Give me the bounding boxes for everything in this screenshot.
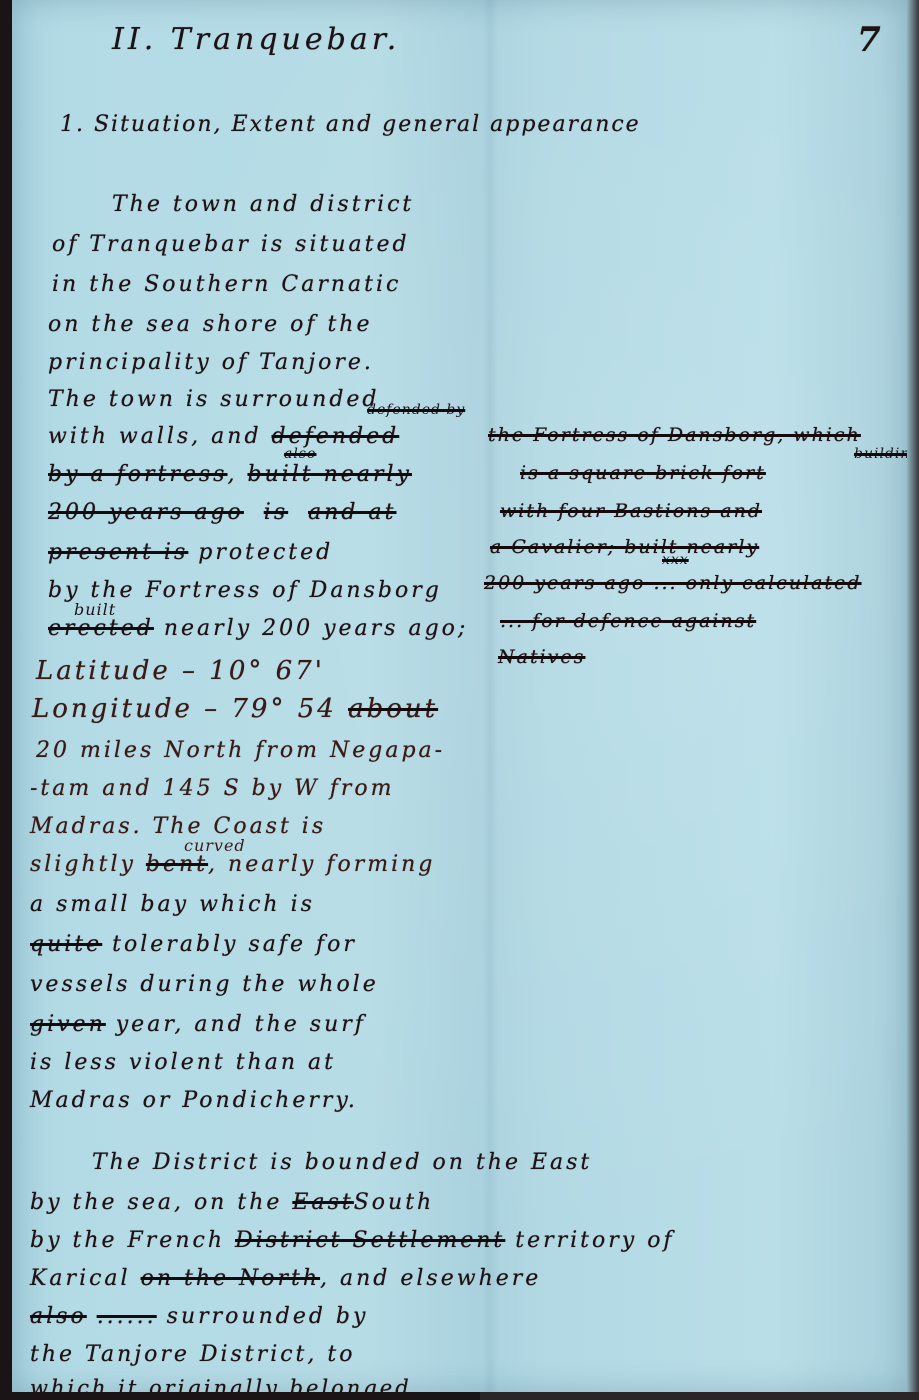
text-line: present is protected	[48, 540, 333, 565]
text-line: is less violent than at	[30, 1050, 336, 1075]
right-column-line: the Fortress of Dansborg, which	[488, 424, 861, 446]
text-line: The town and district	[112, 192, 414, 217]
text-line: slightly bent, nearly forming	[30, 852, 435, 877]
manuscript-page: II. Tranquebar. 7 1. Situation, Extent a…	[12, 0, 907, 1392]
insertion-struck: also	[284, 446, 316, 462]
struck-word: quite	[30, 932, 102, 957]
struck-word: bent	[146, 852, 208, 877]
text-line: also ...... surrounded by	[30, 1304, 368, 1329]
text-line: 200 years ago is and at	[48, 500, 396, 525]
struck-word: given	[30, 1012, 106, 1037]
text-span: surrounded by	[167, 1304, 369, 1329]
chapter-title: II. Tranquebar.	[112, 22, 400, 57]
text-line: 20 miles North from Negapa-	[36, 738, 445, 763]
paper-fold	[482, 0, 498, 1392]
text-line: Karical on the North, and elsewhere	[30, 1266, 541, 1291]
text-line: Madras or Pondicherry.	[30, 1088, 358, 1113]
text-span: Karical	[30, 1266, 131, 1291]
right-column-line: Natives	[498, 646, 585, 668]
text-span: protected	[198, 540, 333, 565]
right-column-line: 200 years ago ... only calculated	[484, 572, 862, 594]
text-span: ,	[227, 462, 237, 487]
right-column-line: with four Bastions and	[500, 500, 762, 522]
struck-word: present is	[48, 540, 188, 565]
struck-word: erected	[48, 616, 154, 641]
page-number: 7	[857, 20, 883, 60]
text-line: quite tolerably safe for	[30, 932, 357, 957]
latitude: Latitude – 10° 67'	[36, 656, 325, 686]
struck-word: ......	[97, 1304, 157, 1329]
right-column-line: is a square brick fort	[520, 462, 766, 484]
text-line: given year, and the surf	[30, 1012, 366, 1037]
text-span: territory of	[515, 1228, 674, 1253]
text-span: slightly	[30, 852, 136, 877]
text-line: The District is bounded on the East	[92, 1150, 592, 1175]
insertion-struck: defended by	[367, 402, 465, 418]
text-span: , nearly forming	[208, 852, 435, 877]
text-line: in the Southern Carnatic	[52, 272, 401, 297]
struck-word: is	[264, 500, 288, 525]
section-title: 1. Situation, Extent and general appeara…	[60, 112, 641, 137]
text-span: by the French	[30, 1228, 225, 1253]
page-edge	[907, 0, 919, 1400]
struck-word: also	[30, 1304, 87, 1329]
text-line: which it originally belonged.	[30, 1376, 421, 1400]
text-span: tolerably safe for	[112, 932, 357, 957]
text-line: of Tranquebar is situated	[52, 232, 410, 257]
text-line: on the sea shore of the	[48, 312, 373, 337]
struck-word: 200 years ago	[48, 500, 244, 525]
text-line: a small bay which is	[30, 892, 315, 917]
struck-word: on the North	[141, 1266, 320, 1291]
struck-word: District Settlement	[235, 1228, 505, 1253]
right-column-line: ... for defence against	[500, 610, 756, 632]
text-line: by the French District Settlement territ…	[30, 1228, 675, 1253]
text-line: principality of Tanjore.	[48, 350, 374, 375]
text-line: by the sea, on the EastSouth	[30, 1190, 434, 1215]
text-line: erected nearly 200 years ago;	[48, 616, 468, 641]
struck-word: built nearly	[247, 462, 411, 487]
text-line: by a fortress, built nearly	[48, 462, 412, 487]
struck-word: and at	[308, 500, 396, 525]
text-span: with walls, and	[48, 424, 262, 449]
text-span: year, and the surf	[116, 1012, 366, 1037]
struck-word: by a fortress	[48, 462, 227, 487]
text-span: , and elsewhere	[320, 1266, 541, 1291]
text-line: vessels during the whole	[30, 972, 379, 997]
right-column-line: a Cavalier; built nearly	[490, 536, 759, 558]
struck-word: East	[292, 1190, 353, 1215]
text-line: -tam and 145 S by W from	[30, 776, 395, 801]
text-line: with walls, and defended	[48, 424, 399, 449]
text-span: South	[354, 1190, 435, 1215]
longitude: Longitude – 79° 54 about	[32, 694, 438, 724]
text-line: the Tanjore District, to	[30, 1342, 355, 1367]
text-span: by the sea, on the	[30, 1190, 282, 1215]
text-line: Madras. The Coast is	[30, 814, 326, 839]
text-line: The town is surrounded	[48, 387, 380, 412]
text-span: Longitude – 79° 54	[32, 694, 337, 724]
struck-word: about	[348, 694, 438, 724]
page-edge	[480, 1392, 919, 1400]
text-span: nearly 200 years ago;	[164, 616, 468, 641]
